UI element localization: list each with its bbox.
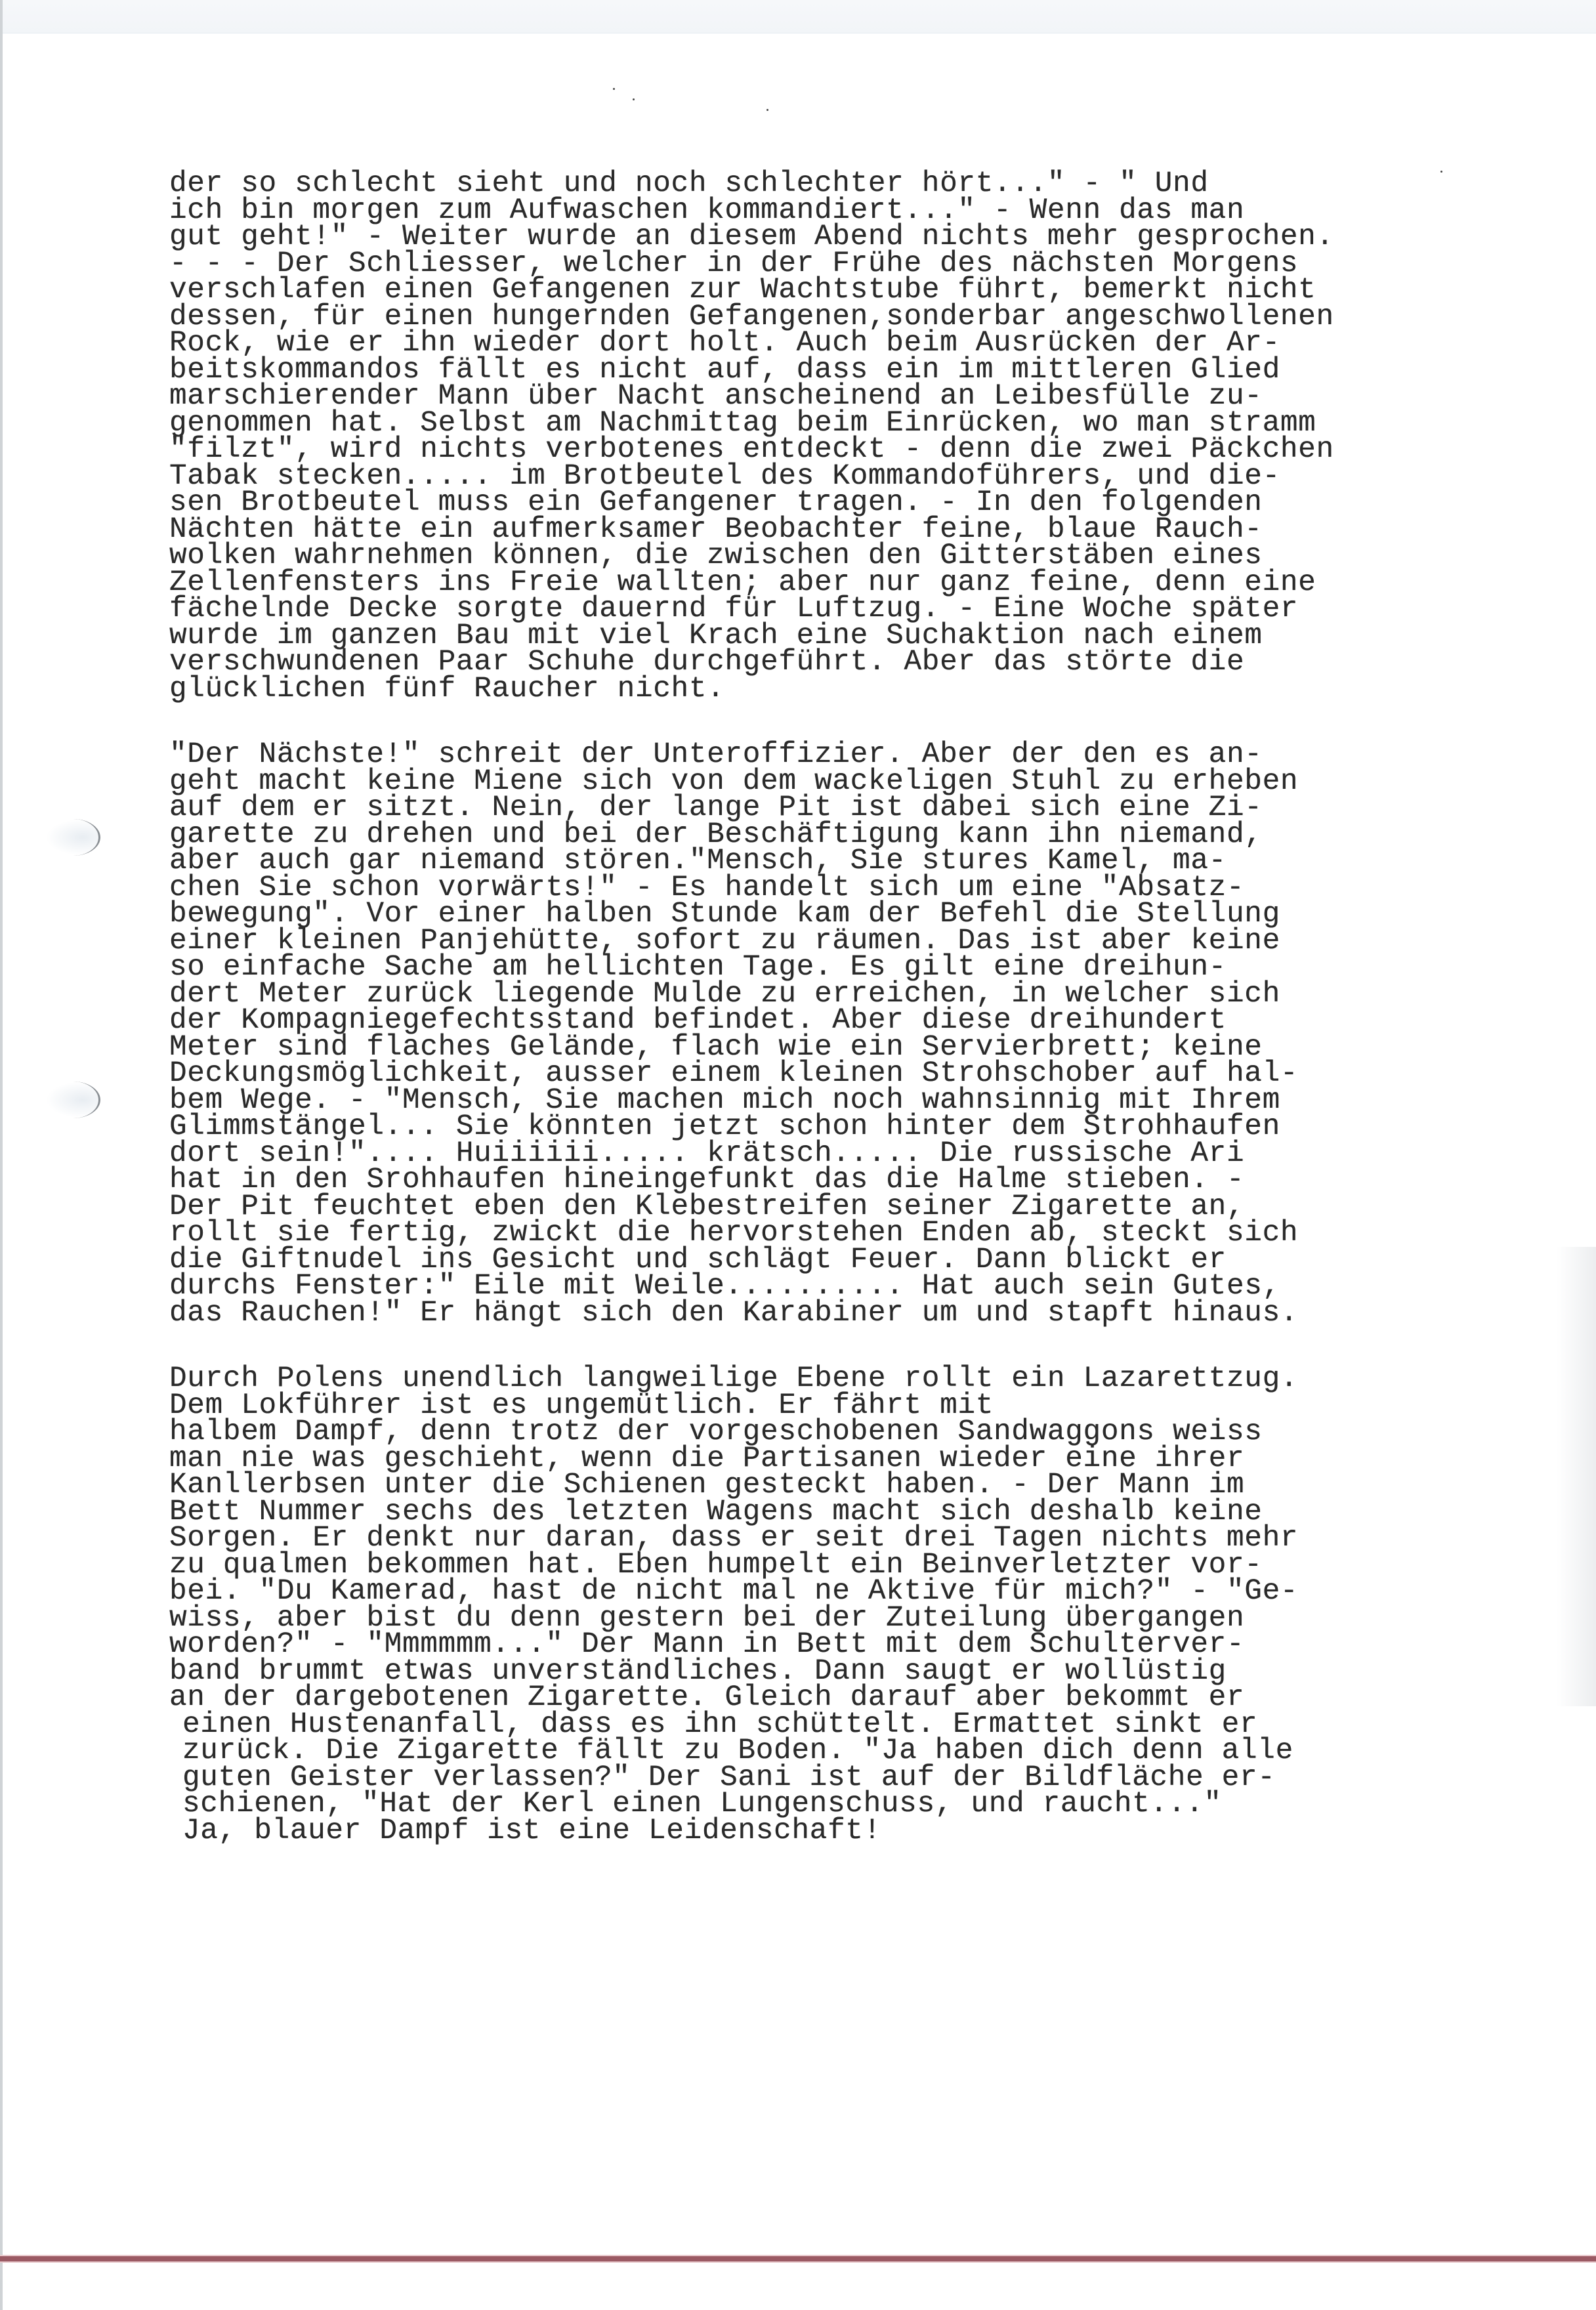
text-line: rollt sie fertig, zwickt die hervorstehe… bbox=[169, 1220, 1456, 1247]
text-line: Nächten hätte ein aufmerksamer Beobachte… bbox=[169, 516, 1456, 543]
scan-speck bbox=[633, 98, 635, 100]
text-line: Meter sind flaches Gelände, flach wie ei… bbox=[169, 1034, 1456, 1061]
text-line: man nie was geschieht, wenn die Partisan… bbox=[169, 1446, 1456, 1473]
paragraph-prison: der so schlecht sieht und noch schlechte… bbox=[169, 171, 1456, 702]
text-line: garette zu drehen und bei der Beschäftig… bbox=[169, 822, 1456, 849]
text-line: sen Brotbeutel muss ein Gefangener trage… bbox=[169, 490, 1456, 516]
text-line: beitskommandos fällt es nicht auf, dass … bbox=[169, 357, 1456, 384]
text-line: an der dargebotenen Zigarette. Gleich da… bbox=[169, 1685, 1456, 1711]
text-line: geht macht keine Miene sich von dem wack… bbox=[169, 768, 1456, 795]
text-line: marschierender Mann über Nacht anscheine… bbox=[169, 383, 1456, 410]
scan-top-band bbox=[0, 0, 1596, 33]
text-line: so einfache Sache am hellichten Tage. Es… bbox=[169, 954, 1456, 981]
text-line: aber auch gar niemand stören."Mensch, Si… bbox=[169, 848, 1456, 875]
bottom-rule bbox=[0, 2256, 1596, 2261]
text-line: guten Geister verlassen?" Der Sani ist a… bbox=[182, 1765, 1456, 1792]
text-line: halbem Dampf, denn trotz der vorgeschobe… bbox=[169, 1419, 1456, 1446]
text-line: ich bin morgen zum Aufwaschen kommandier… bbox=[169, 198, 1456, 224]
text-line: dort sein!".... Huiiiiii..... krätsch...… bbox=[169, 1141, 1456, 1167]
text-line: wolken wahrnehmen können, die zwischen d… bbox=[169, 543, 1456, 570]
text-line: wiss, aber bist du denn gestern bei der … bbox=[169, 1605, 1456, 1632]
text-line: bewegung". Vor einer halben Stunde kam d… bbox=[169, 901, 1456, 928]
text-line: chen Sie schon vorwärts!" - Es handelt s… bbox=[169, 875, 1456, 902]
text-line: Deckungsmöglichkeit, ausser einem kleine… bbox=[169, 1060, 1456, 1087]
text-line: "Der Nächste!" schreit der Unteroffizier… bbox=[169, 742, 1456, 768]
paragraph-hospital-train: Durch Polens unendlich langweilige Ebene… bbox=[169, 1366, 1456, 1844]
text-line: einen Hustenanfall, dass es ihn schüttel… bbox=[182, 1711, 1456, 1738]
text-line: schienen, "Hat der Kerl einen Lungenschu… bbox=[182, 1791, 1456, 1818]
text-line: Dem Lokführer ist es ungemütlich. Er fäh… bbox=[169, 1393, 1456, 1419]
text-line: "filzt", wird nichts verbotenes entdeckt… bbox=[169, 436, 1456, 463]
text-line: verschwundenen Paar Schuhe durchgeführt.… bbox=[169, 649, 1456, 676]
punch-hole-icon bbox=[46, 819, 100, 856]
typewritten-page: der so schlecht sieht und noch schlechte… bbox=[169, 171, 1456, 1883]
text-line: genommen hat. Selbst am Nachmittag beim … bbox=[169, 410, 1456, 437]
text-line: das Rauchen!" Er hängt sich den Karabine… bbox=[169, 1300, 1456, 1327]
punch-hole-icon bbox=[46, 1081, 100, 1118]
text-line: Zellenfensters ins Freie wallten; aber n… bbox=[169, 570, 1456, 597]
text-line: einer kleinen Panjehütte, sofort zu räum… bbox=[169, 928, 1456, 955]
text-line: worden?" - "Mmmmmm..." Der Mann in Bett … bbox=[169, 1631, 1456, 1658]
text-line: bem Wege. - "Mensch, Sie machen mich noc… bbox=[169, 1087, 1456, 1114]
text-line: hat in den Srohhaufen hineingefunkt das … bbox=[169, 1167, 1456, 1194]
scan-speck bbox=[613, 88, 615, 90]
scan-speck bbox=[766, 109, 768, 111]
text-line: gut geht!" - Weiter wurde an diesem Aben… bbox=[169, 224, 1456, 251]
text-line: Ja, blauer Dampf ist eine Leidenschaft! bbox=[182, 1818, 1456, 1845]
text-line: Bett Nummer sechs des letzten Wagens mac… bbox=[169, 1499, 1456, 1526]
text-line: der Kompagniegefechtsstand befindet. Abe… bbox=[169, 1007, 1456, 1034]
text-line: glücklichen fünf Raucher nicht. bbox=[169, 676, 1456, 703]
text-line: Der Pit feuchtet eben den Klebestreifen … bbox=[169, 1194, 1456, 1221]
text-line: wurde im ganzen Bau mit viel Krach eine … bbox=[169, 623, 1456, 650]
text-line: zurück. Die Zigarette fällt zu Boden. "J… bbox=[182, 1738, 1456, 1765]
text-line: die Giftnudel ins Gesicht und schlägt Fe… bbox=[169, 1247, 1456, 1274]
text-line: Durch Polens unendlich langweilige Ebene… bbox=[169, 1366, 1456, 1393]
text-line: fächelnde Decke sorgte dauernd für Luftz… bbox=[169, 596, 1456, 623]
text-line: bei. "Du Kamerad, hast de nicht mal ne A… bbox=[169, 1578, 1456, 1605]
text-line: band brummt etwas unverständliches. Dann… bbox=[169, 1658, 1456, 1685]
text-line: dessen, für einen hungernden Gefangenen,… bbox=[169, 304, 1456, 331]
text-line: durchs Fenster:" Eile mit Weile.........… bbox=[169, 1273, 1456, 1300]
text-line: auf dem er sitzt. Nein, der lange Pit is… bbox=[169, 795, 1456, 822]
text-line: - - - Der Schliesser, welcher in der Frü… bbox=[169, 251, 1456, 278]
text-line: Kanllerbsen unter die Schienen gesteckt … bbox=[169, 1472, 1456, 1499]
text-line: Sorgen. Er denkt nur daran, dass er seit… bbox=[169, 1525, 1456, 1552]
text-line: dert Meter zurück liegende Mulde zu erre… bbox=[169, 981, 1456, 1008]
text-line: Tabak stecken..... im Brotbeutel des Kom… bbox=[169, 463, 1456, 490]
text-line: verschlafen einen Gefangenen zur Wachtst… bbox=[169, 277, 1456, 304]
text-line: Glimmstängel... Sie könnten jetzt schon … bbox=[169, 1114, 1456, 1141]
scan-right-shadow bbox=[1557, 1247, 1596, 1706]
text-line: zu qualmen bekommen hat. Eben humpelt ei… bbox=[169, 1552, 1456, 1579]
text-line: der so schlecht sieht und noch schlechte… bbox=[169, 171, 1456, 198]
text-line: Rock, wie er ihn wieder dort holt. Auch … bbox=[169, 330, 1456, 357]
scan-left-edge bbox=[0, 0, 3, 2310]
paragraph-front: "Der Nächste!" schreit der Unteroffizier… bbox=[169, 742, 1456, 1326]
